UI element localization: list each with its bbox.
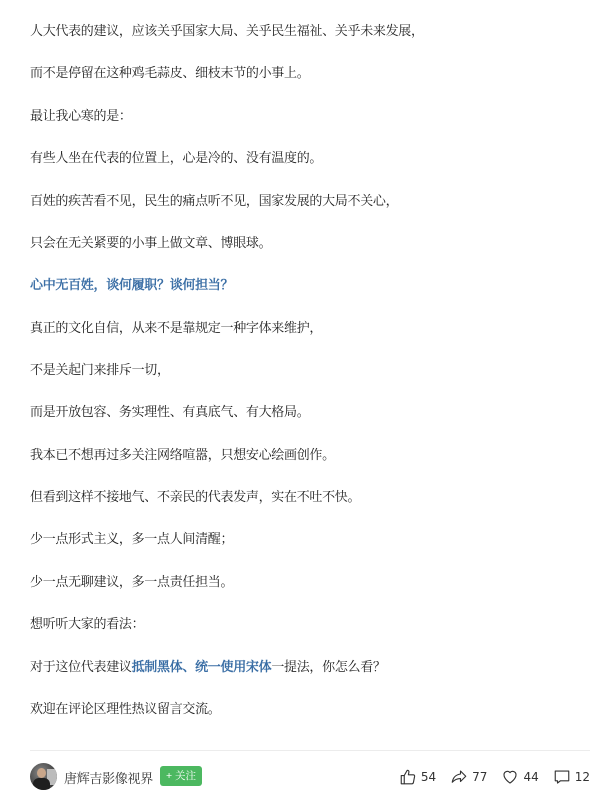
paragraph: 少一点形式主义，多一点人间清醒； [30, 530, 233, 550]
comment-bubble-icon [553, 768, 571, 786]
paragraph: 我本已不想再过多关注网络喧嚣，只想安心绘画创作。 [30, 446, 335, 466]
comment-count: 12 [575, 770, 590, 784]
favorite-button[interactable]: 44 [501, 768, 538, 786]
avatar-face [37, 768, 46, 778]
comment-button[interactable]: 12 [553, 768, 590, 786]
highlighted-paragraph: 心中无百姓，谈何履职？谈何担当？ [30, 276, 233, 296]
paragraph: 真正的文化自信，从来不是靠规定一种字体来维护， [30, 319, 322, 339]
paragraph-text: 对于这位代表建议 [30, 660, 132, 675]
paragraph: 想听听大家的看法： [30, 615, 144, 635]
share-arrow-icon [450, 768, 468, 786]
follow-button[interactable]: + 关注 [160, 766, 202, 786]
author-name[interactable]: 唐辉吉影像视界 [64, 768, 153, 787]
paragraph: 不是关起门来排斥一切， [30, 361, 170, 381]
paragraph: 百姓的疾苦看不见，民生的痛点听不见，国家发展的大局不关心， [30, 192, 398, 212]
author-avatar[interactable] [30, 763, 57, 790]
like-button[interactable]: 54 [399, 768, 436, 786]
stats-bar: 54 77 44 12 [385, 766, 590, 788]
favorite-count: 44 [523, 770, 538, 784]
paragraph: 有些人坐在代表的位置上，心是冷的、没有温度的。 [30, 149, 322, 169]
share-count: 77 [472, 770, 487, 784]
paragraph: 而是开放包容、务实理性、有真底气、有大格局。 [30, 403, 309, 423]
highlighted-phrase: 抵制黑体、统一使用宋体 [132, 660, 272, 675]
paragraph: 但看到这样不接地气、不亲民的代表发声，实在不吐不快。 [30, 488, 360, 508]
paragraph: 而不是停留在这种鸡毛蒜皮、细枝末节的小事上。 [30, 64, 309, 84]
thumbs-up-icon [399, 768, 417, 786]
avatar-body [33, 778, 50, 790]
share-button[interactable]: 77 [450, 768, 487, 786]
paragraph-with-highlight: 对于这位代表建议抵制黑体、统一使用宋体一提法，你怎么看？ [30, 658, 386, 678]
divider [30, 750, 590, 751]
post-footer: 唐辉吉影像视界 + 关注 54 77 44 12 [30, 763, 590, 791]
paragraph: 欢迎在评论区理性热议留言交流。 [30, 700, 221, 720]
paragraph: 只会在无关紧要的小事上做文章、博眼球。 [30, 234, 271, 254]
paragraph-text: 一提法，你怎么看？ [271, 660, 385, 675]
paragraph: 人大代表的建议，应该关乎国家大局、关乎民生福祉、关乎未来发展， [30, 22, 424, 42]
paragraph: 最让我心寒的是： [30, 107, 132, 127]
like-count: 54 [421, 770, 436, 784]
heart-icon [501, 768, 519, 786]
paragraph: 少一点无聊建议，多一点责任担当。 [30, 573, 233, 593]
